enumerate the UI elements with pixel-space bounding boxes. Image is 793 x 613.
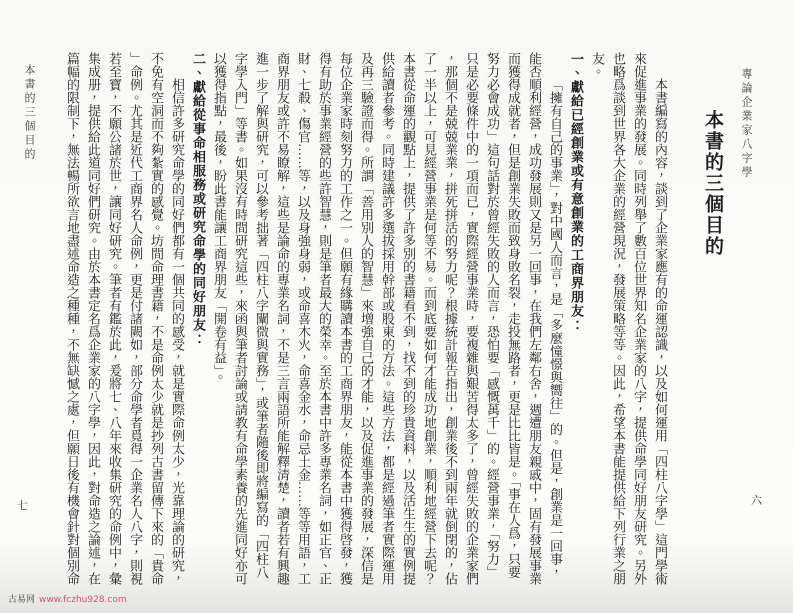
page-body: 本書編寫的內容，談到了企業家應有的命運認識，以及如何運用「四柱八字學」這門學術來… bbox=[43, 52, 671, 585]
running-head-left: 本書的三個目的 bbox=[21, 64, 37, 162]
watermark-url: www.fczhu928.com bbox=[39, 595, 127, 605]
running-head-right: 專論企業家八字學 bbox=[738, 68, 754, 180]
section-1-paragraph: 「擁有自己的事業」，對中國人而言，是「多麼憧憬與嚮往」的。但是，創業是一回事，能… bbox=[209, 52, 566, 585]
site-watermark: 古易网www.fczhu928.com bbox=[8, 592, 127, 605]
book-page-spread: 專論企業家八字學 六 本書的三個目的 本書編寫的內容，談到了企業家應有的命運認識… bbox=[0, 0, 793, 613]
section-2-heading: 二、獻給從事命相服務或研究命學的同好朋友： bbox=[188, 52, 209, 585]
watermark-site-name: 古易网 bbox=[8, 595, 35, 605]
page-number-right: 六 bbox=[751, 492, 762, 508]
page-number-left: 七 bbox=[17, 497, 28, 513]
section-1-heading: 一、獻給已經創業或有意創業的工商界朋友： bbox=[566, 52, 587, 585]
chapter-title: 本書的三個目的 bbox=[699, 110, 726, 257]
section-2-paragraph: 相信許多研究命學的同好們都有一個共同的感受，就是實際命例太少，光靠理論的研究，不… bbox=[62, 52, 188, 585]
intro-paragraph: 本書編寫的內容，談到了企業家應有的命運認識，以及如何運用「四柱八字學」這門學術來… bbox=[587, 52, 671, 585]
